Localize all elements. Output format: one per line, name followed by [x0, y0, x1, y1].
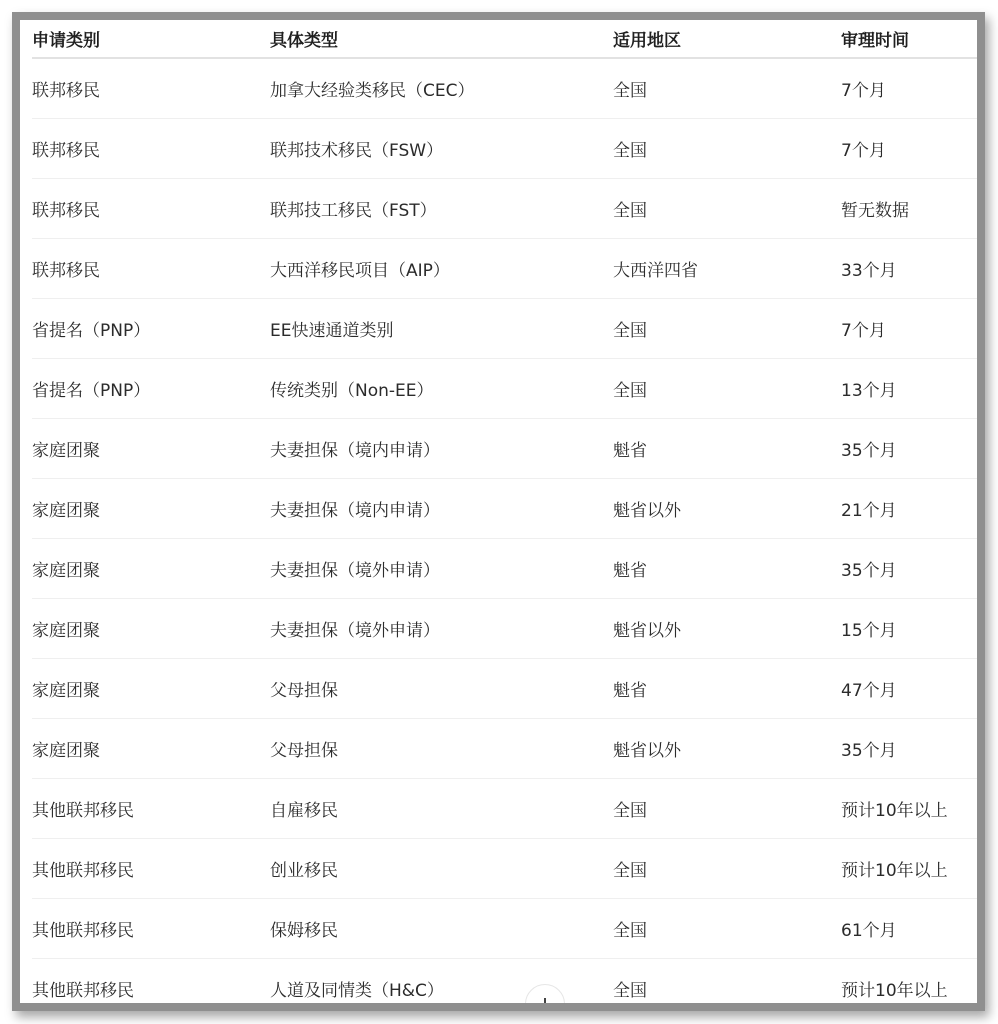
- cell-category: 家庭团聚: [32, 659, 270, 719]
- cell-region: 全国: [613, 359, 841, 419]
- cell-time: 21个月: [841, 479, 977, 539]
- cell-region: 全国: [613, 779, 841, 839]
- header-application-category: 申请类别: [32, 20, 270, 58]
- cell-region: 全国: [613, 899, 841, 959]
- cell-time: 预计10年以上: [841, 779, 977, 839]
- cell-category: 家庭团聚: [32, 719, 270, 779]
- table-row: 联邦移民 大西洋移民项目（AIP） 大西洋四省 33个月: [32, 239, 977, 299]
- cell-type: 联邦技术移民（FSW）: [270, 119, 613, 179]
- cell-region: 全国: [613, 959, 841, 1004]
- cell-type: 创业移民: [270, 839, 613, 899]
- cell-region: 魁省: [613, 659, 841, 719]
- table-row: 联邦移民 联邦技工移民（FST） 全国 暂无数据: [32, 179, 977, 239]
- cell-region: 全国: [613, 839, 841, 899]
- cell-type: 加拿大经验类移民（CEC）: [270, 58, 613, 119]
- cell-time: 7个月: [841, 119, 977, 179]
- cell-type: EE快速通道类别: [270, 299, 613, 359]
- header-processing-time: 审理时间: [841, 20, 977, 58]
- header-applicable-region: 适用地区: [613, 20, 841, 58]
- processing-time-table: 申请类别 具体类型 适用地区 审理时间 联邦移民 加拿大经验类移民（CEC） 全…: [32, 20, 977, 1003]
- scroll-down-icon: [544, 998, 546, 1003]
- cell-category: 其他联邦移民: [32, 959, 270, 1004]
- cell-time: 7个月: [841, 58, 977, 119]
- cell-category: 其他联邦移民: [32, 899, 270, 959]
- cell-time: 35个月: [841, 539, 977, 599]
- cell-time: 13个月: [841, 359, 977, 419]
- cell-type: 大西洋移民项目（AIP）: [270, 239, 613, 299]
- cell-region: 全国: [613, 179, 841, 239]
- cell-region: 大西洋四省: [613, 239, 841, 299]
- cell-time: 15个月: [841, 599, 977, 659]
- cell-region: 魁省: [613, 419, 841, 479]
- cell-time: 预计10年以上: [841, 959, 977, 1004]
- table-row: 家庭团聚 夫妻担保（境外申请） 魁省以外 15个月: [32, 599, 977, 659]
- cell-type: 夫妻担保（境内申请）: [270, 479, 613, 539]
- cell-type: 父母担保: [270, 719, 613, 779]
- cell-region: 全国: [613, 119, 841, 179]
- table-row: 联邦移民 联邦技术移民（FSW） 全国 7个月: [32, 119, 977, 179]
- table-row: 其他联邦移民 人道及同情类（H&C） 全国 预计10年以上: [32, 959, 977, 1004]
- cell-type: 保姆移民: [270, 899, 613, 959]
- table-row: 其他联邦移民 保姆移民 全国 61个月: [32, 899, 977, 959]
- cell-category: 联邦移民: [32, 239, 270, 299]
- cell-type: 父母担保: [270, 659, 613, 719]
- cell-region: 魁省以外: [613, 719, 841, 779]
- cell-category: 联邦移民: [32, 119, 270, 179]
- table-row: 省提名（PNP） EE快速通道类别 全国 7个月: [32, 299, 977, 359]
- cell-category: 家庭团聚: [32, 539, 270, 599]
- cell-type: 夫妻担保（境外申请）: [270, 539, 613, 599]
- cell-type: 联邦技工移民（FST）: [270, 179, 613, 239]
- cell-category: 家庭团聚: [32, 419, 270, 479]
- table-row: 其他联邦移民 自雇移民 全国 预计10年以上: [32, 779, 977, 839]
- cell-category: 联邦移民: [32, 179, 270, 239]
- cell-category: 家庭团聚: [32, 479, 270, 539]
- cell-time: 预计10年以上: [841, 839, 977, 899]
- cell-time: 61个月: [841, 899, 977, 959]
- cell-region: 魁省以外: [613, 479, 841, 539]
- cell-category: 联邦移民: [32, 58, 270, 119]
- cell-category: 其他联邦移民: [32, 839, 270, 899]
- cell-time: 7个月: [841, 299, 977, 359]
- cell-region: 魁省以外: [613, 599, 841, 659]
- table-row: 联邦移民 加拿大经验类移民（CEC） 全国 7个月: [32, 58, 977, 119]
- cell-region: 全国: [613, 299, 841, 359]
- table-row: 家庭团聚 夫妻担保（境内申请） 魁省 35个月: [32, 419, 977, 479]
- document-page: 申请类别 具体类型 适用地区 审理时间 联邦移民 加拿大经验类移民（CEC） 全…: [20, 20, 977, 1003]
- cell-time: 33个月: [841, 239, 977, 299]
- cell-type: 夫妻担保（境内申请）: [270, 419, 613, 479]
- table-row: 其他联邦移民 创业移民 全国 预计10年以上: [32, 839, 977, 899]
- table-row: 家庭团聚 夫妻担保（境内申请） 魁省以外 21个月: [32, 479, 977, 539]
- header-specific-type: 具体类型: [270, 20, 613, 58]
- cell-category: 省提名（PNP）: [32, 299, 270, 359]
- cell-time: 暂无数据: [841, 179, 977, 239]
- table-row: 家庭团聚 父母担保 魁省以外 35个月: [32, 719, 977, 779]
- cell-region: 全国: [613, 58, 841, 119]
- cell-category: 其他联邦移民: [32, 779, 270, 839]
- cell-type: 夫妻担保（境外申请）: [270, 599, 613, 659]
- cell-time: 35个月: [841, 719, 977, 779]
- table-row: 家庭团聚 夫妻担保（境外申请） 魁省 35个月: [32, 539, 977, 599]
- table-row: 省提名（PNP） 传统类别（Non-EE） 全国 13个月: [32, 359, 977, 419]
- cell-type: 自雇移民: [270, 779, 613, 839]
- cell-region: 魁省: [613, 539, 841, 599]
- table-header-row: 申请类别 具体类型 适用地区 审理时间: [32, 20, 977, 58]
- cell-time: 35个月: [841, 419, 977, 479]
- cell-category: 省提名（PNP）: [32, 359, 270, 419]
- cell-type: 传统类别（Non-EE）: [270, 359, 613, 419]
- cell-category: 家庭团聚: [32, 599, 270, 659]
- table-row: 家庭团聚 父母担保 魁省 47个月: [32, 659, 977, 719]
- cell-time: 47个月: [841, 659, 977, 719]
